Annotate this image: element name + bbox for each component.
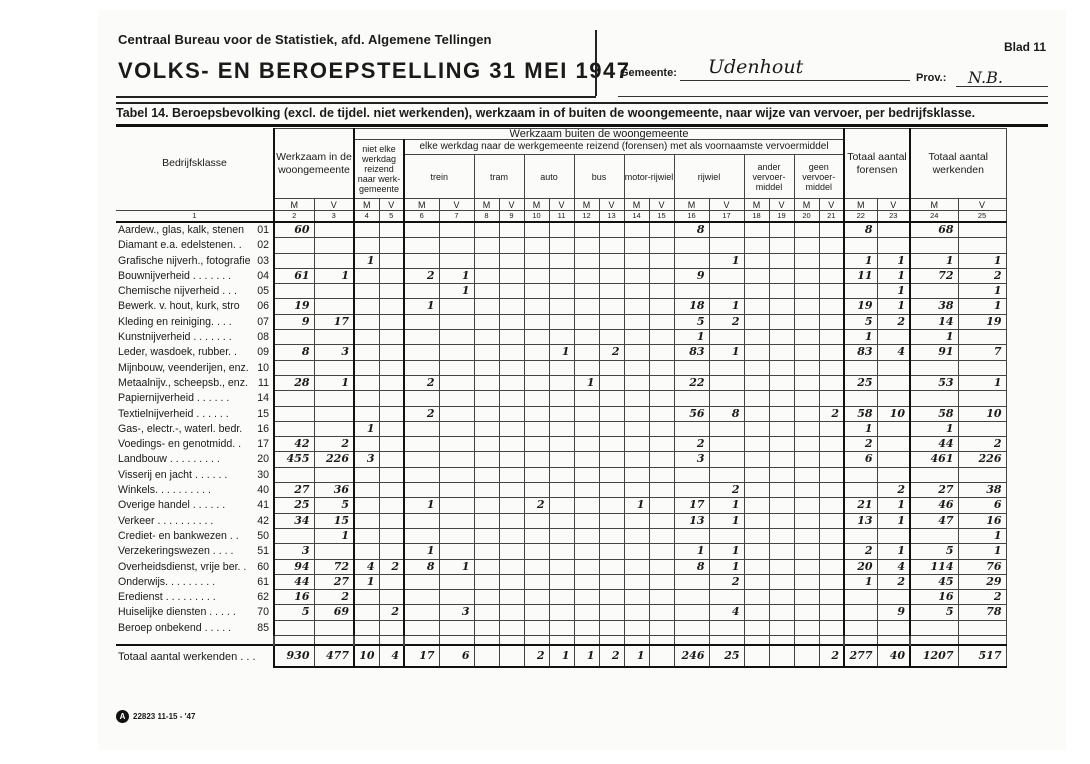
cell-value: [354, 467, 379, 482]
spacer-cell: [709, 636, 744, 646]
cell-value: [958, 222, 1006, 238]
cell-value: [379, 284, 404, 299]
cell-value: [819, 452, 844, 467]
mv-header: V: [769, 199, 794, 211]
cell-value: 2: [379, 559, 404, 574]
cell-value: 94: [274, 559, 314, 574]
cell-value: [624, 222, 649, 238]
cell-value: [439, 406, 474, 421]
printer-logo-icon: A: [116, 710, 129, 723]
cell-value: 2: [379, 605, 404, 620]
header-tram: tram: [474, 155, 524, 199]
row-label: Overheidsdienst, vrije ber. .60: [116, 559, 274, 574]
cell-value: [474, 253, 499, 268]
cell-value: [574, 590, 599, 605]
cell-value: [404, 452, 439, 467]
gemeente-label: Gemeente:: [620, 67, 677, 79]
cell-value: 1: [549, 345, 574, 360]
cell-value: [379, 330, 404, 345]
cell-value: [844, 284, 877, 299]
bedrijfsklasse-code: 41: [257, 498, 273, 512]
cell-value: 8: [274, 345, 314, 360]
cell-value: [599, 544, 624, 559]
cell-value: 1: [958, 528, 1006, 543]
cell-value: [910, 528, 958, 543]
cell-value: [744, 645, 769, 667]
mv-header: M: [524, 199, 549, 211]
column-number: 12: [574, 211, 599, 223]
spacer-cell: [819, 636, 844, 646]
cell-value: 3: [274, 544, 314, 559]
cell-value: 1: [910, 253, 958, 268]
cell-value: [599, 421, 624, 436]
cell-value: [439, 375, 474, 390]
cell-value: 2: [404, 406, 439, 421]
cell-value: 78: [958, 605, 1006, 620]
cell-value: [709, 330, 744, 345]
cell-value: [769, 528, 794, 543]
cell-value: [439, 391, 474, 406]
cell-value: [404, 574, 439, 589]
gemeente-value: Udenhout: [708, 56, 803, 78]
title-rule: [116, 96, 596, 98]
cell-value: [474, 528, 499, 543]
bedrijfsklasse-code: 17: [257, 437, 273, 451]
cell-value: 6: [844, 452, 877, 467]
cell-value: [674, 620, 709, 635]
table-row: Metaalnijv., scheepsb., enz.112812122255…: [116, 375, 1006, 390]
row-label: Textielnijverheid . . . . . .15: [116, 406, 274, 421]
row-label: Metaalnijv., scheepsb., enz.11: [116, 375, 274, 390]
cell-value: 1: [958, 299, 1006, 314]
bedrijfsklasse-name: Onderwijs. . . . . . . . .: [118, 576, 215, 588]
cell-value: 5: [274, 605, 314, 620]
table-row: Overige handel . . . . . .41255121171211…: [116, 498, 1006, 513]
cell-value: [439, 452, 474, 467]
cell-value: [769, 437, 794, 452]
cell-value: [744, 391, 769, 406]
mv-header: V: [549, 199, 574, 211]
row-label: Beroep onbekend . . . . .85: [116, 620, 274, 635]
cell-value: 5: [910, 544, 958, 559]
cell-value: [649, 314, 674, 329]
cell-value: 1: [958, 544, 1006, 559]
cell-value: [709, 620, 744, 635]
cell-value: [674, 574, 709, 589]
cell-value: [549, 498, 574, 513]
table-row: Mijnbouw, veenderijen, enz.10: [116, 360, 1006, 375]
cell-value: [599, 437, 624, 452]
column-number: 20: [794, 211, 819, 223]
cell-value: [769, 513, 794, 528]
cell-value: [877, 375, 910, 390]
cell-value: [439, 238, 474, 253]
cell-value: 1: [910, 421, 958, 436]
cell-value: 36: [314, 483, 354, 498]
cell-value: [794, 253, 819, 268]
cell-value: [910, 360, 958, 375]
cell-value: [819, 528, 844, 543]
row-label: Chemische nijverheid . . .05: [116, 284, 274, 299]
cell-value: [314, 238, 354, 253]
cell-value: [794, 620, 819, 635]
cell-value: 5: [844, 314, 877, 329]
cell-value: [599, 559, 624, 574]
cell-value: [744, 467, 769, 482]
cell-value: [524, 467, 549, 482]
cell-value: [404, 513, 439, 528]
cell-value: [499, 253, 524, 268]
cell-value: [744, 513, 769, 528]
table-row: Leder, wasdoek, rubber. .098312831834917: [116, 345, 1006, 360]
cell-value: 1: [877, 284, 910, 299]
cell-value: 2: [709, 483, 744, 498]
cell-value: [549, 375, 574, 390]
table-title-rule-top: [116, 102, 1048, 104]
cell-value: 83: [674, 345, 709, 360]
cell-value: [599, 406, 624, 421]
column-number: 17: [709, 211, 744, 223]
cell-value: 8: [674, 222, 709, 238]
column-number: 5: [379, 211, 404, 223]
cell-value: [379, 299, 404, 314]
cell-value: [314, 406, 354, 421]
cell-value: [794, 330, 819, 345]
cell-value: [574, 345, 599, 360]
cell-value: [474, 498, 499, 513]
table-row: Verkeer . . . . . . . . . .4234151311314…: [116, 513, 1006, 528]
cell-value: [274, 406, 314, 421]
cell-value: [499, 605, 524, 620]
mv-spacer: [116, 199, 274, 211]
cell-value: 1: [844, 253, 877, 268]
cell-value: [379, 620, 404, 635]
cell-value: [474, 452, 499, 467]
cell-value: [379, 498, 404, 513]
cell-value: 246: [674, 645, 709, 667]
cell-value: [354, 513, 379, 528]
cell-value: [574, 238, 599, 253]
cell-value: 61: [274, 268, 314, 283]
cell-value: [499, 360, 524, 375]
cell-value: [314, 360, 354, 375]
cell-value: [499, 406, 524, 421]
mv-header: V: [877, 199, 910, 211]
cell-value: [624, 605, 649, 620]
cell-value: 1: [549, 645, 574, 667]
header-auto: auto: [524, 155, 574, 199]
cell-value: 2: [314, 437, 354, 452]
cell-value: 2: [524, 498, 549, 513]
cell-value: [524, 483, 549, 498]
cell-value: [439, 513, 474, 528]
cell-value: [649, 605, 674, 620]
cell-value: 6: [958, 498, 1006, 513]
cell-value: [404, 421, 439, 436]
cell-value: 25: [709, 645, 744, 667]
bedrijfsklasse-code: 70: [257, 605, 273, 619]
bedrijfsklasse-code: 16: [257, 422, 273, 436]
cell-value: [958, 620, 1006, 635]
cell-value: [794, 544, 819, 559]
cell-value: 1: [404, 299, 439, 314]
column-number: 7: [439, 211, 474, 223]
cell-value: 28: [274, 375, 314, 390]
cell-value: [819, 284, 844, 299]
spacer-cell: [910, 636, 958, 646]
cell-value: [624, 437, 649, 452]
cell-value: [744, 375, 769, 390]
cell-value: [709, 360, 744, 375]
cell-value: [649, 590, 674, 605]
cell-value: [877, 238, 910, 253]
stamp-text: 22823 11-15 - '47: [133, 712, 195, 721]
cell-value: [819, 620, 844, 635]
row-label: Crediet- en bankwezen . .50: [116, 528, 274, 543]
cell-value: [574, 253, 599, 268]
cell-value: [354, 528, 379, 543]
cell-value: [549, 330, 574, 345]
cell-value: [574, 437, 599, 452]
cell-value: [794, 452, 819, 467]
cell-value: 9: [877, 605, 910, 620]
cell-value: [769, 467, 794, 482]
bedrijfsklasse-name: Kleding en reiniging. . . .: [118, 316, 232, 328]
cell-value: [439, 222, 474, 238]
cell-value: [574, 421, 599, 436]
cell-value: 91: [910, 345, 958, 360]
cell-value: [709, 467, 744, 482]
cell-value: [574, 467, 599, 482]
cell-value: [649, 299, 674, 314]
cell-value: [439, 299, 474, 314]
bedrijfsklasse-code: 85: [257, 621, 273, 635]
cell-value: [549, 544, 574, 559]
cell-value: [649, 528, 674, 543]
cell-value: [439, 544, 474, 559]
cell-value: [599, 360, 624, 375]
bedrijfsklasse-code: 50: [257, 529, 273, 543]
cell-value: [549, 452, 574, 467]
cell-value: [769, 222, 794, 238]
column-number: 13: [599, 211, 624, 223]
bedrijfsklasse-code: 62: [257, 590, 273, 604]
cell-value: [769, 544, 794, 559]
cell-value: 1: [624, 498, 649, 513]
cell-value: 2: [819, 645, 844, 667]
cell-value: 29: [958, 574, 1006, 589]
cell-value: [819, 544, 844, 559]
cell-value: [499, 513, 524, 528]
cell-value: [549, 528, 574, 543]
cell-value: [499, 314, 524, 329]
cell-value: 2: [958, 437, 1006, 452]
cell-value: [599, 620, 624, 635]
cell-value: [474, 645, 499, 667]
cell-value: 20: [844, 559, 877, 574]
cell-value: 3: [439, 605, 474, 620]
print-stamp: A 22823 11-15 - '47: [116, 710, 195, 723]
bedrijfsklasse-name: Kunstnijverheid . . . . . . .: [118, 331, 232, 343]
cell-value: 8: [404, 559, 439, 574]
cell-value: [404, 391, 439, 406]
cell-value: [794, 406, 819, 421]
cell-value: [524, 406, 549, 421]
cell-value: [354, 391, 379, 406]
bedrijfsklasse-code: 10: [257, 361, 273, 375]
cell-value: [819, 467, 844, 482]
bedrijfsklasse-code: 20: [257, 452, 273, 466]
cell-value: [910, 284, 958, 299]
cell-value: [439, 360, 474, 375]
row-label: Bewerk. v. hout, kurk, stro06: [116, 299, 274, 314]
cell-value: [574, 268, 599, 283]
cell-value: 2: [674, 437, 709, 452]
cell-value: [404, 314, 439, 329]
cell-value: [769, 314, 794, 329]
cell-value: 60: [274, 222, 314, 238]
cell-value: [524, 268, 549, 283]
cell-value: 8: [709, 406, 744, 421]
cell-value: [958, 421, 1006, 436]
cell-value: [794, 437, 819, 452]
cell-value: [709, 437, 744, 452]
cell-value: [474, 360, 499, 375]
cell-value: [794, 559, 819, 574]
cell-value: [524, 284, 549, 299]
cell-value: [404, 590, 439, 605]
cell-value: [624, 360, 649, 375]
cell-value: [499, 268, 524, 283]
cell-value: [549, 574, 574, 589]
spacer-cell: [599, 636, 624, 646]
cell-value: 44: [274, 574, 314, 589]
cell-value: [794, 421, 819, 436]
cell-value: [379, 253, 404, 268]
cell-value: [877, 222, 910, 238]
row-label: Bouwnijverheid . . . . . . .04: [116, 268, 274, 283]
cell-value: [769, 238, 794, 253]
cell-value: 25: [844, 375, 877, 390]
cell-value: [844, 620, 877, 635]
cell-value: 1: [354, 574, 379, 589]
spacer-cell: [958, 636, 1006, 646]
column-number: 11: [549, 211, 574, 223]
cell-value: [624, 268, 649, 283]
cell-value: [354, 284, 379, 299]
cell-value: [910, 620, 958, 635]
cell-value: [877, 360, 910, 375]
row-label: Aardew., glas, kalk, stenen01: [116, 222, 274, 238]
cell-value: [439, 620, 474, 635]
cell-value: [819, 605, 844, 620]
cell-value: [549, 299, 574, 314]
cell-value: [439, 314, 474, 329]
cell-value: [524, 314, 549, 329]
bedrijfsklasse-name: Bewerk. v. hout, kurk, stro: [118, 300, 240, 312]
bedrijfsklasse-name: Leder, wasdoek, rubber. .: [118, 346, 237, 358]
column-number: 14: [624, 211, 649, 223]
row-label: Kunstnijverheid . . . . . . .08: [116, 330, 274, 345]
cell-value: [474, 330, 499, 345]
bedrijfsklasse-code: 01: [257, 223, 273, 237]
cell-value: [404, 467, 439, 482]
cell-value: 72: [910, 268, 958, 283]
cell-value: 1: [709, 498, 744, 513]
cell-value: 69: [314, 605, 354, 620]
spacer-cell: [674, 636, 709, 646]
cell-value: [819, 513, 844, 528]
cell-value: [474, 620, 499, 635]
cell-value: [649, 268, 674, 283]
cell-value: [524, 421, 549, 436]
column-number: 10: [524, 211, 549, 223]
cell-value: [499, 574, 524, 589]
cell-value: 1: [877, 544, 910, 559]
mv-header: M: [910, 199, 958, 211]
cell-value: [877, 528, 910, 543]
cell-value: [674, 238, 709, 253]
cell-value: [354, 406, 379, 421]
cell-value: [709, 452, 744, 467]
cell-value: [599, 574, 624, 589]
cell-value: [624, 528, 649, 543]
cell-value: 5: [674, 314, 709, 329]
cell-value: [769, 605, 794, 620]
cell-value: [877, 330, 910, 345]
cell-value: [474, 391, 499, 406]
cell-value: 1: [624, 645, 649, 667]
bedrijfsklasse-name: Verzekeringswezen . . . .: [118, 545, 233, 557]
header-werkzaam-in: Werkzaam in de woongemeente: [274, 129, 354, 199]
header-motorrijwiel: motor-rijwiel: [624, 155, 674, 199]
cell-value: [744, 559, 769, 574]
mv-header: V: [649, 199, 674, 211]
cell-value: [499, 467, 524, 482]
cell-value: [274, 330, 314, 345]
cell-value: [877, 467, 910, 482]
spacer-cell: [116, 636, 274, 646]
row-label: Leder, wasdoek, rubber. .09: [116, 345, 274, 360]
cell-value: 13: [844, 513, 877, 528]
cell-value: [524, 345, 549, 360]
cell-value: [794, 299, 819, 314]
cell-value: [794, 605, 819, 620]
cell-value: [354, 437, 379, 452]
table-row: Bouwnijverheid . . . . . . .046112191117…: [116, 268, 1006, 283]
spacer-cell: [439, 636, 474, 646]
cell-value: [794, 528, 819, 543]
table-row: Gas-, electr.-, waterl. bedr.16111: [116, 421, 1006, 436]
cell-value: [354, 620, 379, 635]
cell-value: 1: [877, 498, 910, 513]
cell-value: 25: [274, 498, 314, 513]
spacer-cell: [794, 636, 819, 646]
cell-value: 1207: [910, 645, 958, 667]
bedrijfsklasse-name: Diamant e.a. edelstenen. .: [118, 239, 242, 251]
gemeente-line: [680, 80, 910, 81]
column-number: 3: [314, 211, 354, 223]
cell-value: [314, 253, 354, 268]
cell-value: [599, 513, 624, 528]
cell-value: 1: [709, 299, 744, 314]
cell-value: 18: [674, 299, 709, 314]
cell-value: [404, 330, 439, 345]
cell-value: [910, 238, 958, 253]
cell-value: [769, 452, 794, 467]
cell-value: [624, 574, 649, 589]
cell-value: [649, 574, 674, 589]
